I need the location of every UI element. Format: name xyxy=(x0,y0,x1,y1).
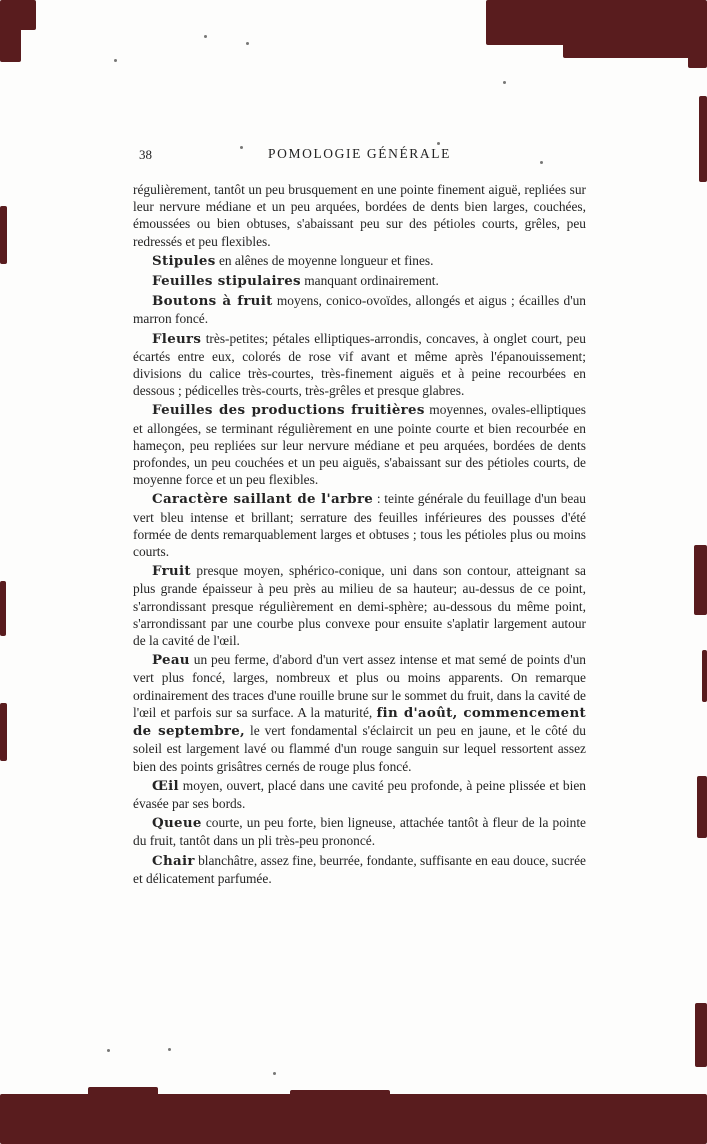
paragraph-lead: Œil xyxy=(152,778,179,794)
paragraph-text: moyen, ouvert, placé dans une cavité peu… xyxy=(133,778,586,811)
paragraph: Feuilles des productions fruitières moye… xyxy=(133,401,586,488)
scan-edge-mark xyxy=(699,96,707,182)
scan-edge-mark xyxy=(486,0,707,45)
paragraph-text: courte, un peu forte, bien ligneuse, att… xyxy=(133,815,586,848)
scan-edge-mark xyxy=(0,703,7,761)
ink-speck xyxy=(503,81,506,84)
ink-speck xyxy=(437,142,440,145)
paragraph-lead: Chair xyxy=(152,853,195,869)
paragraph-lead: Fleurs xyxy=(152,331,201,347)
page-number: 38 xyxy=(139,147,152,163)
paragraph-text: très-petites; pétales elliptiques-arrond… xyxy=(133,331,586,399)
paragraph-text: régulièrement, tantôt un peu brusquement… xyxy=(133,182,586,249)
paragraph: Œil moyen, ouvert, placé dans une cavité… xyxy=(133,777,586,812)
paragraph-lead: Peau xyxy=(152,652,190,668)
scan-edge-mark xyxy=(697,776,707,838)
ink-speck xyxy=(246,42,249,45)
scan-edge-mark xyxy=(688,55,707,68)
paragraph-lead: Caractère saillant de l'arbre xyxy=(152,491,373,507)
paragraph: Fleurs très-petites; pétales elliptiques… xyxy=(133,330,586,400)
scan-edge-mark xyxy=(290,1090,390,1097)
page-header: 38 POMOLOGIE GÉNÉRALE xyxy=(133,146,586,164)
paragraph: Queue courte, un peu forte, bien ligneus… xyxy=(133,814,586,849)
scan-edge-mark xyxy=(702,650,707,702)
paragraph-lead: Stipules xyxy=(152,253,216,269)
paragraph-text: manquant ordinairement. xyxy=(301,273,439,288)
paragraph: Stipules en alênes de moyenne longueur e… xyxy=(133,252,586,270)
scan-edge-mark xyxy=(0,206,7,264)
paragraph-lead: Boutons à fruit xyxy=(152,293,273,309)
paragraph: Feuilles stipulaires manquant ordinairem… xyxy=(133,272,586,290)
paragraph-text: en alênes de moyenne longueur et fines. xyxy=(216,253,434,268)
paragraph-lead: Feuilles des productions fruitières xyxy=(152,402,425,418)
scan-edge-mark xyxy=(694,545,707,615)
book-page: 38 POMOLOGIE GÉNÉRALE régulièrement, tan… xyxy=(0,0,707,1144)
ink-speck xyxy=(540,161,543,164)
paragraph: Caractère saillant de l'arbre : teinte g… xyxy=(133,490,586,560)
scan-edge-mark xyxy=(0,581,6,636)
paragraph-text: presque moyen, sphérico-conique, uni dan… xyxy=(133,563,586,648)
scan-edge-mark xyxy=(88,1087,158,1097)
ink-speck xyxy=(168,1048,171,1051)
ink-speck xyxy=(114,59,117,62)
paragraph: Fruit presque moyen, sphérico-conique, u… xyxy=(133,562,586,649)
paragraph-lead: Feuilles stipulaires xyxy=(152,273,301,289)
scan-edge-mark xyxy=(0,1094,707,1144)
paragraph: Chair blanchâtre, assez fine, beurrée, f… xyxy=(133,852,586,887)
ink-speck xyxy=(273,1072,276,1075)
page-title: POMOLOGIE GÉNÉRALE xyxy=(133,146,586,162)
paragraph: Peau un peu ferme, d'abord d'un vert ass… xyxy=(133,651,586,774)
paragraph: Boutons à fruit moyens, conico-ovoïdes, … xyxy=(133,292,586,327)
ink-speck xyxy=(107,1049,110,1052)
scan-edge-mark xyxy=(563,42,707,58)
body-text: régulièrement, tantôt un peu brusquement… xyxy=(133,181,586,889)
paragraph: régulièrement, tantôt un peu brusquement… xyxy=(133,181,586,250)
paragraph-text: blanchâtre, assez fine, beurrée, fondant… xyxy=(133,853,586,886)
scan-edge-mark xyxy=(695,1003,707,1067)
ink-speck xyxy=(204,35,207,38)
scan-edge-mark xyxy=(0,26,21,62)
paragraph-lead: Queue xyxy=(152,815,202,831)
paragraph-lead: Fruit xyxy=(152,563,191,579)
ink-speck xyxy=(240,146,243,149)
